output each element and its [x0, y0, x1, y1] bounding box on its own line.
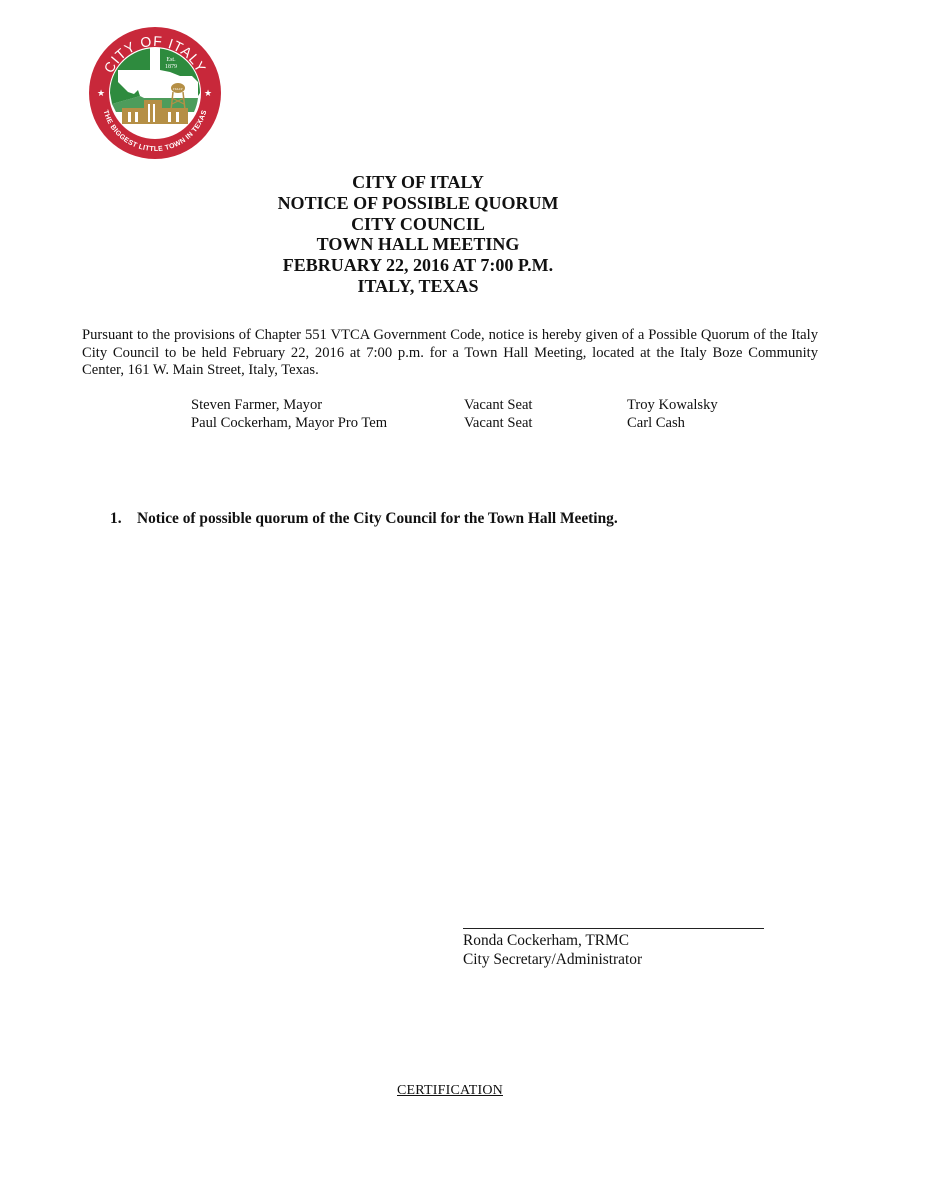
- svg-text:★: ★: [204, 88, 212, 98]
- header-line: NOTICE OF POSSIBLE QUORUM: [0, 193, 836, 214]
- members-column: Vacant Seat Vacant Seat: [464, 397, 532, 432]
- svg-text:★: ★: [97, 88, 105, 98]
- signatory-name: Ronda Cockerham, TRMC: [463, 931, 642, 950]
- signature-block: Ronda Cockerham, TRMC City Secretary/Adm…: [463, 931, 642, 969]
- agenda-item: 1.Notice of possible quorum of the City …: [110, 510, 618, 528]
- member-name: Vacant Seat: [464, 415, 532, 433]
- svg-text:1879: 1879: [165, 64, 177, 70]
- member-name: Troy Kowalsky: [627, 397, 718, 415]
- members-column: Troy Kowalsky Carl Cash: [627, 397, 718, 432]
- member-name: Vacant Seat: [464, 397, 532, 415]
- signatory-title: City Secretary/Administrator: [463, 950, 642, 969]
- member-name: Steven Farmer, Mayor: [191, 397, 387, 415]
- svg-text:ITALY: ITALY: [173, 87, 183, 91]
- header-line: CITY COUNCIL: [0, 214, 836, 235]
- svg-text:Est.: Est.: [166, 57, 176, 63]
- header-line: FEBRUARY 22, 2016 AT 7:00 P.M.: [0, 255, 836, 276]
- header-line: CITY OF ITALY: [0, 172, 836, 193]
- agenda-item-number: 1.: [110, 510, 137, 528]
- header-line: TOWN HALL MEETING: [0, 234, 836, 255]
- certification-heading: CERTIFICATION: [0, 1083, 900, 1099]
- agenda-item-text: Notice of possible quorum of the City Co…: [137, 510, 618, 527]
- member-name: Paul Cockerham, Mayor Pro Tem: [191, 415, 387, 433]
- member-name: Carl Cash: [627, 415, 718, 433]
- notice-paragraph: Pursuant to the provisions of Chapter 55…: [82, 327, 818, 380]
- notice-header: CITY OF ITALY NOTICE OF POSSIBLE QUORUM …: [0, 172, 836, 297]
- signature-line: [463, 928, 764, 929]
- members-column: Steven Farmer, Mayor Paul Cockerham, May…: [191, 397, 387, 432]
- city-seal-logo: ITALY Est. 1879 CITY OF ITALY THE BIGGES…: [88, 26, 222, 160]
- header-line: ITALY, TEXAS: [0, 276, 836, 297]
